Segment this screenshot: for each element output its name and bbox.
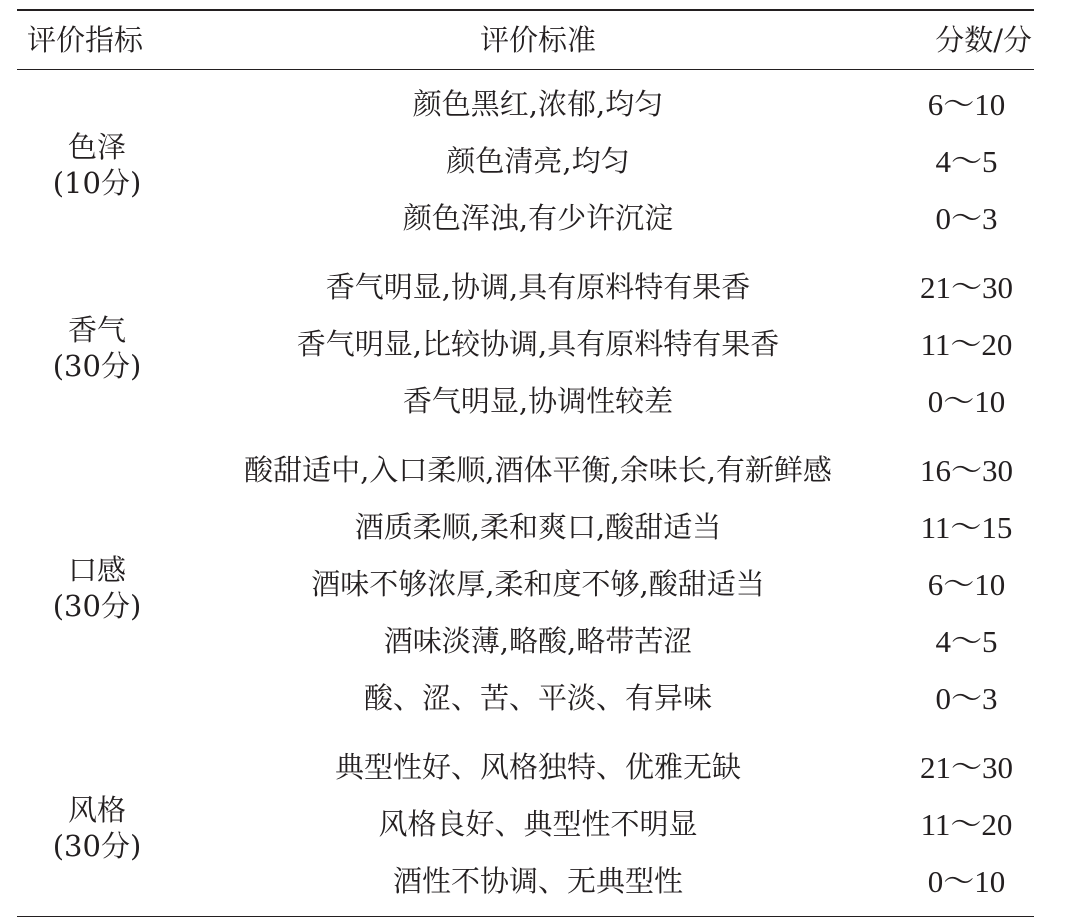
indicator-max-score: (10分): [17, 165, 177, 201]
criteria-cell: 酸甜适中,入口柔顺,酒体平衡,余味长,有新鲜感: [177, 436, 899, 499]
score-cell: 11～20: [899, 316, 1034, 373]
header-indicator: 评价指标: [17, 10, 177, 70]
indicator-cell-taste: 口感 (30分): [17, 436, 177, 733]
score-cell: 6～10: [899, 70, 1034, 134]
indicator-name: 口感: [17, 552, 177, 588]
indicator-name: 风格: [17, 792, 177, 828]
criteria-cell: 酒性不协调、无典型性: [177, 853, 899, 917]
criteria-cell: 典型性好、风格独特、优雅无缺: [177, 733, 899, 796]
header-criteria: 评价标准: [177, 10, 899, 70]
score-cell: 0～3: [899, 190, 1034, 253]
criteria-cell: 颜色黑红,浓郁,均匀: [177, 70, 899, 134]
criteria-cell: 香气明显,协调,具有原料特有果香: [177, 253, 899, 316]
score-cell: 4～5: [899, 613, 1034, 670]
score-cell: 11～20: [899, 796, 1034, 853]
criteria-cell: 风格良好、典型性不明显: [177, 796, 899, 853]
score-cell: 0～3: [899, 670, 1034, 733]
score-cell: 0～10: [899, 853, 1034, 917]
header-row: 评价指标 评价标准 分数/分: [17, 10, 1034, 70]
indicator-name: 色泽: [17, 129, 177, 165]
criteria-cell: 酒味淡薄,略酸,略带苦涩: [177, 613, 899, 670]
sensory-evaluation-table: 评价指标 评价标准 分数/分 色泽 (10分) 颜色黑红,浓郁,均匀 6～10 …: [17, 9, 1034, 917]
score-cell: 16～30: [899, 436, 1034, 499]
indicator-max-score: (30分): [17, 588, 177, 624]
criteria-cell: 颜色浑浊,有少许沉淀: [177, 190, 899, 253]
indicator-cell-style: 风格 (30分): [17, 733, 177, 917]
table-row: 风格 (30分) 典型性好、风格独特、优雅无缺 21～30: [17, 733, 1034, 796]
sensory-evaluation-table-container: 评价指标 评价标准 分数/分 色泽 (10分) 颜色黑红,浓郁,均匀 6～10 …: [17, 9, 1034, 917]
criteria-cell: 香气明显,协调性较差: [177, 373, 899, 436]
score-cell: 21～30: [899, 253, 1034, 316]
indicator-name: 香气: [17, 312, 177, 348]
indicator-cell-color: 色泽 (10分): [17, 70, 177, 254]
score-cell: 21～30: [899, 733, 1034, 796]
score-cell: 0～10: [899, 373, 1034, 436]
criteria-cell: 颜色清亮,均匀: [177, 133, 899, 190]
criteria-cell: 酒质柔顺,柔和爽口,酸甜适当: [177, 499, 899, 556]
table-row: 色泽 (10分) 颜色黑红,浓郁,均匀 6～10: [17, 70, 1034, 134]
score-cell: 6～10: [899, 556, 1034, 613]
criteria-cell: 香气明显,比较协调,具有原料特有果香: [177, 316, 899, 373]
criteria-cell: 酸、涩、苦、平淡、有异味: [177, 670, 899, 733]
table-row: 香气 (30分) 香气明显,协调,具有原料特有果香 21～30: [17, 253, 1034, 316]
header-score: 分数/分: [899, 10, 1034, 70]
indicator-max-score: (30分): [17, 828, 177, 864]
score-cell: 11～15: [899, 499, 1034, 556]
score-cell: 4～5: [899, 133, 1034, 190]
criteria-cell: 酒味不够浓厚,柔和度不够,酸甜适当: [177, 556, 899, 613]
table-row: 口感 (30分) 酸甜适中,入口柔顺,酒体平衡,余味长,有新鲜感 16～30: [17, 436, 1034, 499]
indicator-max-score: (30分): [17, 348, 177, 384]
indicator-cell-aroma: 香气 (30分): [17, 253, 177, 436]
